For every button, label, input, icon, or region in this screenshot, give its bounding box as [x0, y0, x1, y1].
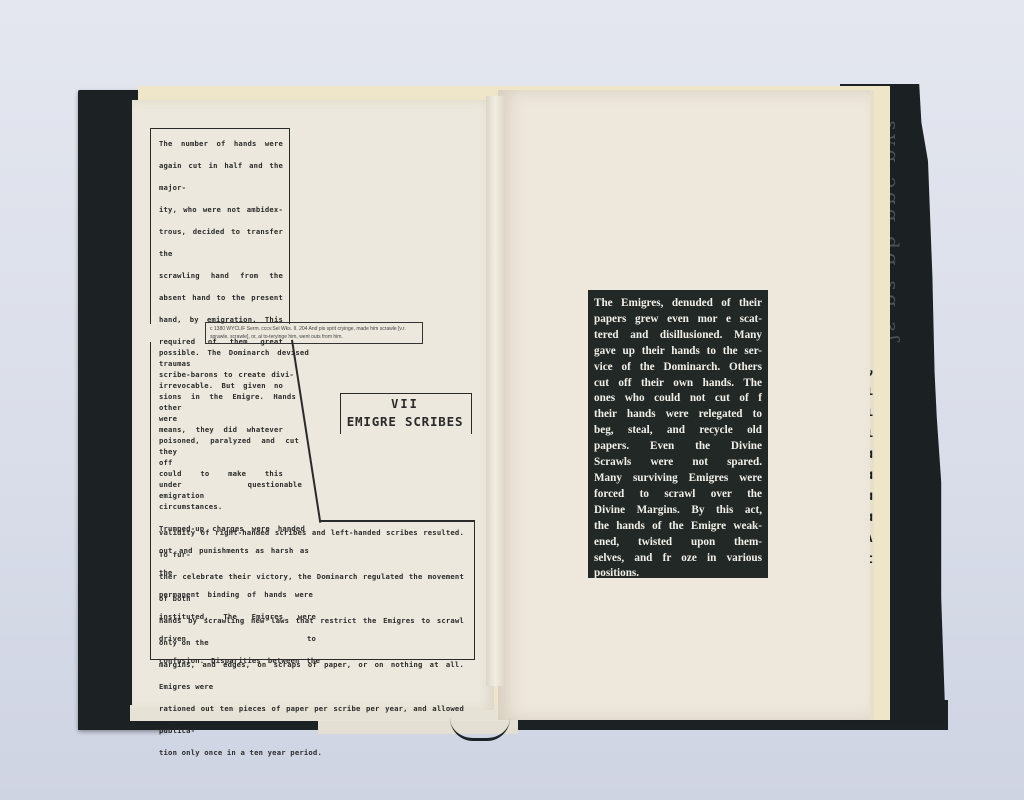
chapter-number: VII: [340, 397, 470, 411]
book-gutter: [486, 96, 504, 686]
text-box-bottom: validity of right-handed scribes and lef…: [150, 520, 475, 660]
text-box-top: The number of hands were again cut in ha…: [150, 128, 290, 324]
inverted-text-block: The Emigres, denuded of their papers gre…: [588, 290, 768, 578]
dictionary-gloss: c 1380 WYCLIF Serm. cccv.Sel Wks. II. 20…: [205, 322, 423, 344]
chapter-title: EMIGRE SCRIBES: [330, 414, 480, 429]
